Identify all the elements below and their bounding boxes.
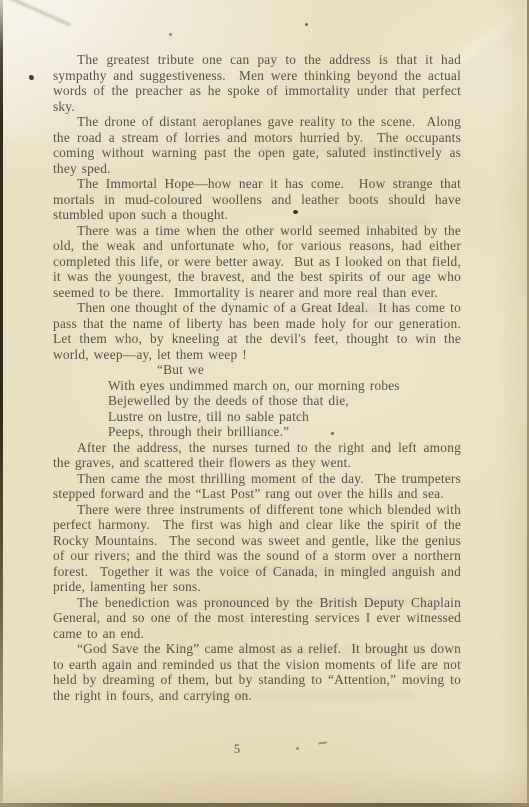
paragraph: There were three instruments of differen… (53, 502, 461, 595)
page-text: The greatest tribute one can pay to the … (53, 52, 461, 703)
page-number: 5 (0, 742, 474, 757)
poem-line: “But we (157, 362, 461, 378)
paragraph: The greatest tribute one can pay to the … (53, 52, 461, 114)
scan-edge-left (0, 0, 3, 807)
poem: “But weWith eyes undimmed march on, our … (108, 362, 461, 440)
paragraph: After the address, the nurses turned to … (53, 440, 461, 471)
poem-line: Bejewelled by the deeds of those that di… (108, 393, 461, 409)
book-page: The greatest tribute one can pay to the … (0, 0, 529, 807)
paragraph: Then came the most thrilling moment of t… (53, 471, 461, 502)
paragraph: Then one thought of the dynamic of a Gre… (53, 300, 461, 362)
paper-speck (305, 23, 308, 26)
scan-edge-bottom (0, 803, 529, 807)
paragraph: “God Save the King” came almost as a rel… (53, 641, 461, 703)
paper-fold-line (0, 0, 71, 26)
poem-line: Peeps, through their brilliance.” (108, 424, 461, 440)
poem-line: Lustre on lustre, till no sable patch (108, 409, 461, 425)
poem-line: With eyes undimmed march on, our morning… (108, 378, 461, 394)
paragraph: The drone of distant aeroplanes gave rea… (53, 114, 461, 176)
paper-speck (29, 75, 34, 80)
paragraph: The Immortal Hope—how near it has come. … (53, 176, 461, 223)
paragraph: There was a time when the other world se… (53, 223, 461, 301)
paper-speck (169, 33, 172, 36)
paragraph: The benediction was pronounced by the Br… (53, 595, 461, 642)
